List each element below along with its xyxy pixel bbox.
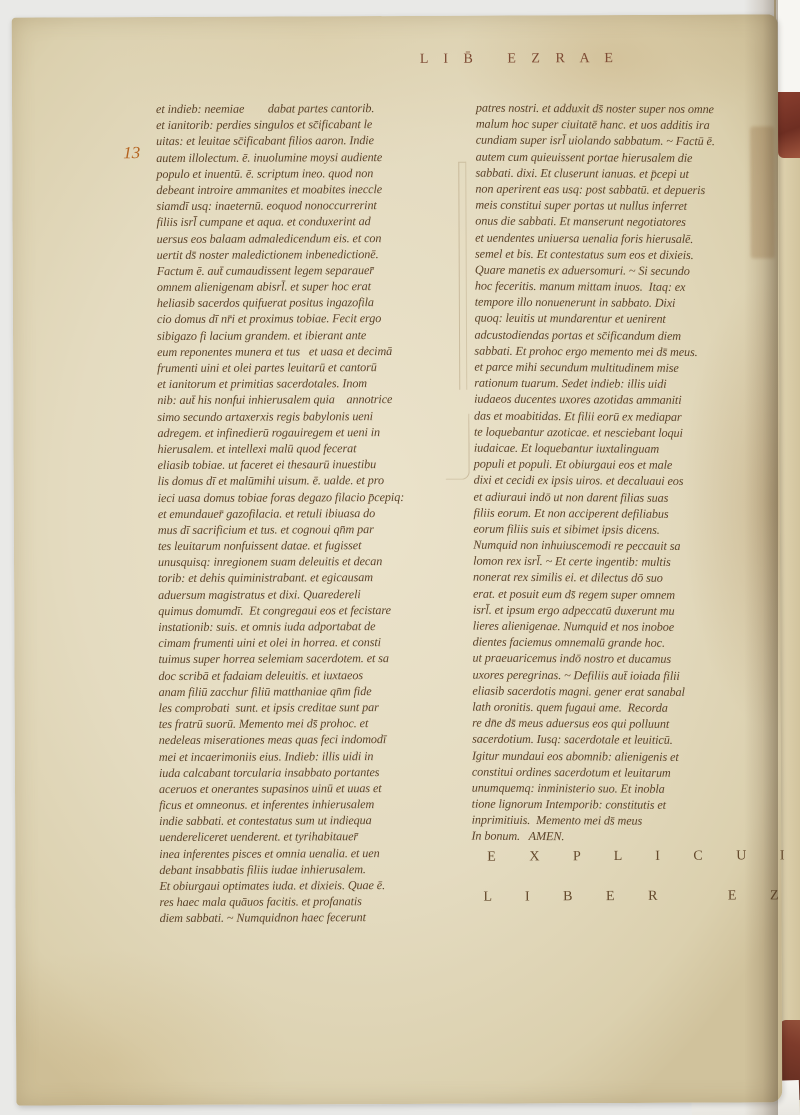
text-line: et ianitorib: perdies singulos et sc̄ifi… bbox=[156, 116, 468, 134]
text-line: te loquebantur azoticae. et nesciebant l… bbox=[474, 423, 780, 441]
text-line: non aperirent eas usq: post sabbatū. et … bbox=[475, 181, 781, 199]
text-line: sacerdotium. Iusq: sacerdotale et leuiti… bbox=[472, 731, 778, 749]
text-line: uitas: et leuitae sc̄ificabant filios aa… bbox=[156, 132, 468, 150]
text-line: et parce mihi secundum multitudinem mise bbox=[474, 359, 780, 377]
text-line: aceruos et onerantes supasinos uinū et u… bbox=[159, 780, 471, 798]
text-line: omnem alienigenam abisrl̄. et super hoc … bbox=[157, 278, 469, 296]
text-line: inea inferentes pisces et omnia uenalia.… bbox=[159, 844, 471, 862]
text-line: hoc feceritis. manum mittam inuos. Itaq:… bbox=[475, 278, 781, 296]
text-line: lieres alienigenae. Numquid et nos inobo… bbox=[473, 618, 779, 636]
text-line: cimam frumenti uini et olei in horrea. e… bbox=[158, 634, 470, 652]
text-line: re dn̄e ds̄ meus aduersus eos qui polluu… bbox=[472, 715, 778, 733]
text-line: tempore illo nonuenerunt in sabbato. Dix… bbox=[475, 294, 781, 312]
gutter-shadow bbox=[744, 0, 778, 1115]
text-line: tes leuitarum nonfuissent datae. et fugi… bbox=[158, 537, 470, 555]
text-line: filiis isrl̄ cumpane et aqua. et conduxe… bbox=[156, 213, 468, 231]
text-line: mus dī sacrificium et tus. et cognoui qn… bbox=[158, 521, 470, 539]
text-line: sabbati. Et prohoc ergo memento mei ds̄ … bbox=[474, 342, 780, 360]
text-line: onus die sabbati. Et manserunt negotiato… bbox=[475, 213, 781, 231]
text-line: autem cum quieuissent portae hierusalem … bbox=[476, 148, 782, 166]
text-line: siamdī usq: inaeternū. eoquod nonoccurre… bbox=[156, 197, 468, 215]
text-line: lis domus dī et malūmihi uisum. ē. ualde… bbox=[158, 472, 470, 490]
text-line: uxores peregrinas. ~ Defiliis aut̄ ioiad… bbox=[472, 666, 778, 684]
text-line: tione lignorum Intemporib: constitutis e… bbox=[472, 796, 778, 814]
text-line: sibigazo fi lacium grandem. et ibierant … bbox=[157, 326, 469, 344]
text-line: meis constitui super portas ut nullus in… bbox=[475, 197, 781, 215]
text-line: populo et inuentū. ē. scriptum ineo. quo… bbox=[156, 164, 468, 182]
chapter-number: 13 bbox=[123, 143, 140, 163]
text-line: frumenti uini et olei partes leuitarū et… bbox=[157, 359, 469, 377]
photo-background: L I B̄ E Z R A E 13 et indieb: neemiae d… bbox=[0, 0, 800, 1115]
text-column-right: patres nostri. et adduxit ds̄ noster sup… bbox=[471, 100, 782, 846]
text-line: patres nostri. et adduxit ds̄ noster sup… bbox=[476, 100, 782, 118]
text-line: Et obiurgaui optimates iuda. et dixieis.… bbox=[159, 877, 471, 895]
text-line: dientes faciemus omnemalū grande hoc. bbox=[473, 634, 779, 652]
text-line: iudaeos ducentes uxores azotidas ammanit… bbox=[474, 391, 780, 409]
text-line: quimus domumdī. Et congregaui eos et fec… bbox=[158, 601, 470, 619]
text-line: sabbati. dixi. Et cluserunt ianuas. et p… bbox=[475, 164, 781, 182]
text-line: lath oronitis. quem fugaui ame. Recorda bbox=[472, 699, 778, 717]
text-line: et indieb: neemiae dabat partes cantorib… bbox=[156, 100, 468, 118]
text-line: iudaicae. Et loquebantur iuxtalinguam bbox=[474, 440, 780, 458]
text-line: aduersum magistratus et dixi. Quarederel… bbox=[158, 585, 470, 603]
text-line: tes fratrū suorū. Memento mei ds̄ prohoc… bbox=[159, 715, 471, 733]
text-line: doc scribā et fadaiam deleuitis. et iuxt… bbox=[158, 666, 470, 684]
text-line: isrl̄. et ipsum ergo adpeccatū duxerunt … bbox=[473, 601, 779, 619]
text-line: simo secundo artaxerxis regis babylonis … bbox=[157, 407, 469, 425]
text-line: inprimitiuis. Memento mei ds̄ meus bbox=[472, 812, 778, 830]
text-line: tuimus super horrea selemiam sacerdotem.… bbox=[158, 650, 470, 668]
text-line: quoq: leuitis ut mundarentur et uenirent bbox=[475, 310, 781, 328]
text-line: unusquisq: inregionem suam deleuitis et … bbox=[158, 553, 470, 571]
text-line: et emundauer̄ gazofilacia. et retuli ibi… bbox=[158, 504, 470, 522]
text-line: et adiuraui indō ut non darent filias su… bbox=[474, 488, 780, 506]
text-line: Igitur mundaui eos abomnib: alienigenis … bbox=[472, 747, 778, 765]
text-line: eliasib tobiae. ut faceret ei thesaurū i… bbox=[158, 456, 470, 474]
text-line: autem illolectum. ē. inuolumine moysi au… bbox=[156, 148, 468, 166]
text-line: heliasib sacerdos quifuerat positus inga… bbox=[157, 294, 469, 312]
cradle-strip-top bbox=[776, 0, 800, 92]
text-line: uertit ds̄ noster maledictionem inbenedi… bbox=[157, 245, 469, 263]
text-line: instationib: suis. et omnis iuda adporta… bbox=[158, 618, 470, 636]
text-line: les comprobati sunt. et ipsis creditae s… bbox=[159, 699, 471, 717]
text-line: nonerat rex similis ei. et dilectus dō s… bbox=[473, 569, 779, 587]
text-line: debant insabbatis filiis iudae inhierusa… bbox=[159, 860, 471, 878]
text-line: et uendentes uniuersa uenalia foris hier… bbox=[475, 229, 781, 247]
text-line: das et moabitidas. Et filii eorū ex medi… bbox=[474, 407, 780, 425]
text-line: hierusalem. et intellexi malū quod fecer… bbox=[157, 440, 469, 458]
text-line: eorum filiis suis et sibimet ipsis dicen… bbox=[473, 521, 779, 539]
text-line: dixi et cecidi ex ipsis uiros. et decalu… bbox=[474, 472, 780, 490]
text-line: Factum ē. aut̄ cumaudissent legem separa… bbox=[157, 262, 469, 280]
text-line: mei et incaerimoniis eius. Indieb: illis… bbox=[159, 747, 471, 765]
text-line: torib: et dehis quiministrabant. et egic… bbox=[158, 569, 470, 587]
text-line: iuda calcabant torcularia insabbato port… bbox=[159, 763, 471, 781]
text-line: nib: aut̄ his nonfui inhierusalem quia a… bbox=[157, 391, 469, 409]
text-line: cio domus dī nr̄i et proximus tobiae. Fe… bbox=[157, 310, 469, 328]
text-line: diem sabbati. ~ Numquidnon haec fecerunt bbox=[160, 909, 472, 927]
text-line: uersus eos balaam admaledicendum eis. et… bbox=[157, 229, 469, 247]
text-line: ieci uasa domus tobiae foras degazo fila… bbox=[158, 488, 470, 506]
text-line: ut praeuaricemus indō nostro et ducamus bbox=[473, 650, 779, 668]
text-line: adcustodiendas portas et sc̄ificandum di… bbox=[475, 326, 781, 344]
running-title: L I B̄ E Z R A E bbox=[420, 51, 619, 68]
text-line: debeant introire ammanites et moabites i… bbox=[156, 181, 468, 199]
text-line: constitui ordines sacerdotum et leuitaru… bbox=[472, 763, 778, 781]
text-line: eliasib sacerdotis magni. gener erat san… bbox=[472, 682, 778, 700]
text-line: unumquemq: inministerio suo. Et inobla bbox=[472, 780, 778, 798]
text-line: In bonum. AMEN. bbox=[471, 828, 777, 846]
text-line: ficus et omneonus. et inferentes inhieru… bbox=[159, 796, 471, 814]
text-line: nedeleas miserationes meas quas feci ind… bbox=[159, 731, 471, 749]
text-column-left: et indieb: neemiae dabat partes cantorib… bbox=[156, 100, 472, 927]
text-line: malum hoc super ciuitatē hanc. et uos ad… bbox=[476, 116, 782, 134]
text-line: lomon rex isrl̄. ~ Et certe ingentib: mu… bbox=[473, 553, 779, 571]
text-line: filiis eorum. Et non acciperent defiliab… bbox=[473, 504, 779, 522]
text-line: res haec mala quāuos facitis. et profana… bbox=[159, 893, 471, 911]
text-line: Quare manetis ex aduersomuri. ~ Si secun… bbox=[475, 262, 781, 280]
text-line: indie sabbati. et contestatus sum ut ind… bbox=[159, 812, 471, 830]
text-line: anam filiū zacchur filiū matthaniae qn̄m… bbox=[159, 682, 471, 700]
text-line: populi et populi. Et obiurgaui eos et ma… bbox=[474, 456, 780, 474]
text-line: uendereliceret uenderent. et tyrihabitau… bbox=[159, 828, 471, 846]
text-line: adregem. et infinedierū rogauiregem et u… bbox=[157, 423, 469, 441]
text-line: eum reponentes munera et tus et uasa et … bbox=[157, 342, 469, 360]
text-line: et ianitorum et primitias sacerdotales. … bbox=[157, 375, 469, 393]
text-line: rationum tuarum. Sedet indieb: illis uid… bbox=[474, 375, 780, 393]
manuscript-page: L I B̄ E Z R A E 13 et indieb: neemiae d… bbox=[12, 14, 783, 1105]
text-line: semel et bis. Et contestatus sum eos et … bbox=[475, 245, 781, 263]
text-line: Numquid non inhuiuscemodi re peccauit sa bbox=[473, 537, 779, 555]
text-line: erat. et posuit eum ds̄ regem super omne… bbox=[473, 585, 779, 603]
text-line: cundiam super isrl̄ uiolando sabbatum. ~… bbox=[476, 132, 782, 150]
